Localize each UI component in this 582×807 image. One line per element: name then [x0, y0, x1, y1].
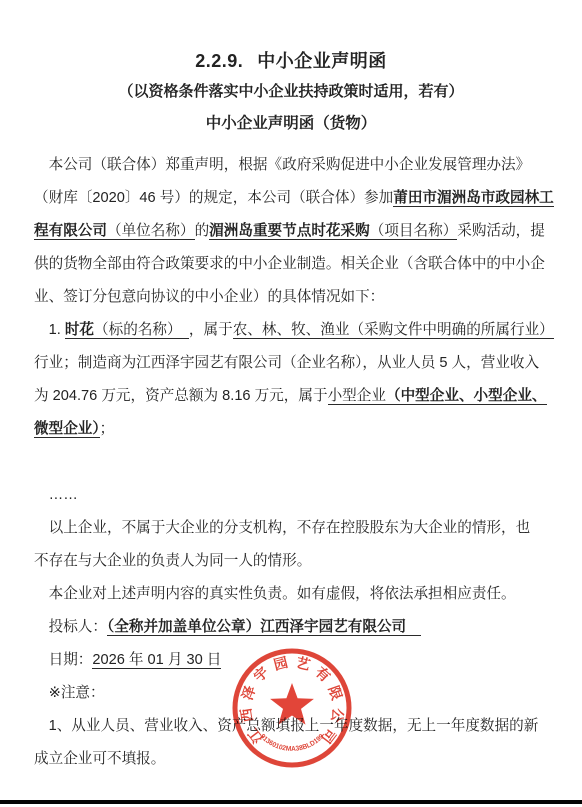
- text-run: 以上企业，不属于大企业的分支机构，不存在控股股东为大企业的情形，也: [49, 520, 531, 536]
- text-run: 日期：: [49, 652, 93, 668]
- text-run: ，属于: [189, 322, 233, 338]
- text-run: ※注意：: [49, 685, 105, 701]
- text-run: （中型企业、小型企业、: [386, 388, 547, 405]
- text-run: 时花: [65, 322, 94, 339]
- text-run: 供的货物全部由符合政策要求的中小企业制造。相关企业（含联合体中的中小企: [34, 256, 545, 272]
- text-run: 本企业对上述声明内容的真实性负责。如有虚假，将依法承担相应责任。: [49, 586, 516, 602]
- text-run: 业、签订分包意向协议的中小企业）的具体情况如下：: [34, 289, 384, 305]
- body-line: 1. 时花（标的名称） ，属于农、林、牧、渔业（采购文件中明确的所属行业）: [34, 314, 548, 347]
- text-run: 农、林、牧、渔业（采购文件中明确的所属行业）: [233, 322, 554, 339]
- text-run: 微型企业）: [34, 421, 100, 438]
- text-run: 采购活动，提: [457, 223, 545, 239]
- text-run: （单位名称）: [107, 223, 195, 240]
- text-run: 行业；制造商为江西泽宇园艺有限公司（企业名称），从业人员 5 人，营业收入: [34, 355, 539, 371]
- text-run: （项目名称）: [370, 223, 458, 240]
- text-run: 湄洲岛重要节点时花采购: [209, 223, 370, 240]
- body-line: ※注意：: [34, 677, 548, 710]
- text-run: 2026 年 01 月 30 日: [92, 652, 221, 669]
- body-line: 程有限公司（单位名称）的湄洲岛重要节点时花采购（项目名称）采购活动，提: [34, 215, 548, 248]
- body-line: 1、从业人员、营业收入、资产总额填报上一年度数据，无上一年度数据的新: [34, 710, 548, 743]
- text-run: 为 204.76 万元，资产总额为 8.16 万元，属于: [34, 388, 328, 404]
- document-body: 本公司（联合体）郑重声明，根据《政府采购促进中小企业发展管理办法》（财库〔202…: [34, 149, 548, 776]
- text-run: （全称并加盖单位公章）江西泽宇园艺有限公司: [107, 619, 421, 636]
- text-run: （标的名称）: [94, 322, 189, 339]
- document-title: 中小企业声明函（货物）: [0, 111, 582, 133]
- text-run: 不存在与大企业的负责人为同一人的情形。: [34, 553, 311, 569]
- text-run: 成立企业可不填报。: [34, 751, 165, 767]
- text-run: 的: [195, 223, 210, 239]
- body-line: 以上企业，不属于大企业的分支机构，不存在控股股东为大企业的情形，也: [34, 512, 548, 545]
- body-line: 供的货物全部由符合政策要求的中小企业制造。相关企业（含联合体中的中小企: [34, 248, 548, 281]
- text-run: ；: [100, 421, 115, 437]
- body-line: 日期：2026 年 01 月 30 日: [34, 644, 548, 677]
- text-run: ……: [49, 487, 78, 503]
- text-run: （财库〔2020〕46 号）的规定，本公司（联合体）参加: [34, 190, 393, 206]
- body-line: 微型企业）；: [34, 413, 548, 446]
- section-number: 2.2.9.: [195, 51, 243, 71]
- body-line: 行业；制造商为江西泽宇园艺有限公司（企业名称），从业人员 5 人，营业收入: [34, 347, 548, 380]
- body-line: 投标人：（全称并加盖单位公章）江西泽宇园艺有限公司: [34, 611, 548, 644]
- text-run: 1.: [49, 322, 65, 338]
- section-heading: 2.2.9.中小企业声明函: [0, 47, 582, 73]
- body-line: 成立企业可不填报。: [34, 743, 548, 776]
- text-run: 莆田市湄洲岛市政园林工: [393, 190, 554, 207]
- body-line: ……: [34, 479, 548, 512]
- declaration-document-page: 2.2.9.中小企业声明函 （以资格条件落实中小企业扶持政策时适用，若有） 中小…: [0, 0, 582, 807]
- body-line: （财库〔2020〕46 号）的规定，本公司（联合体）参加莆田市湄洲岛市政园林工: [34, 182, 548, 215]
- text-run: 1、从业人员、营业收入、资产总额填报上一年度数据，无上一年度数据的新: [49, 718, 539, 734]
- section-title: 中小企业声明函: [257, 51, 387, 71]
- body-line: 本企业对上述声明内容的真实性负责。如有虚假，将依法承担相应责任。: [34, 578, 548, 611]
- body-line: 本公司（联合体）郑重声明，根据《政府采购促进中小企业发展管理办法》: [34, 149, 548, 182]
- text-run: 程有限公司: [34, 223, 107, 240]
- heading-subtitle: （以资格条件落实中小企业扶持政策时适用，若有）: [0, 80, 582, 101]
- body-line: 为 204.76 万元，资产总额为 8.16 万元，属于小型企业（中型企业、小型…: [34, 380, 548, 413]
- page-bottom-border: [0, 800, 582, 804]
- body-line: 不存在与大企业的负责人为同一人的情形。: [34, 545, 548, 578]
- body-line: 业、签订分包意向协议的中小企业）的具体情况如下：: [34, 281, 548, 314]
- body-line: [34, 446, 548, 479]
- text-run: 小型企业: [328, 388, 386, 405]
- text-run: 本公司（联合体）郑重声明，根据《政府采购促进中小企业发展管理办法》: [49, 157, 531, 173]
- text-run: 投标人：: [49, 619, 107, 635]
